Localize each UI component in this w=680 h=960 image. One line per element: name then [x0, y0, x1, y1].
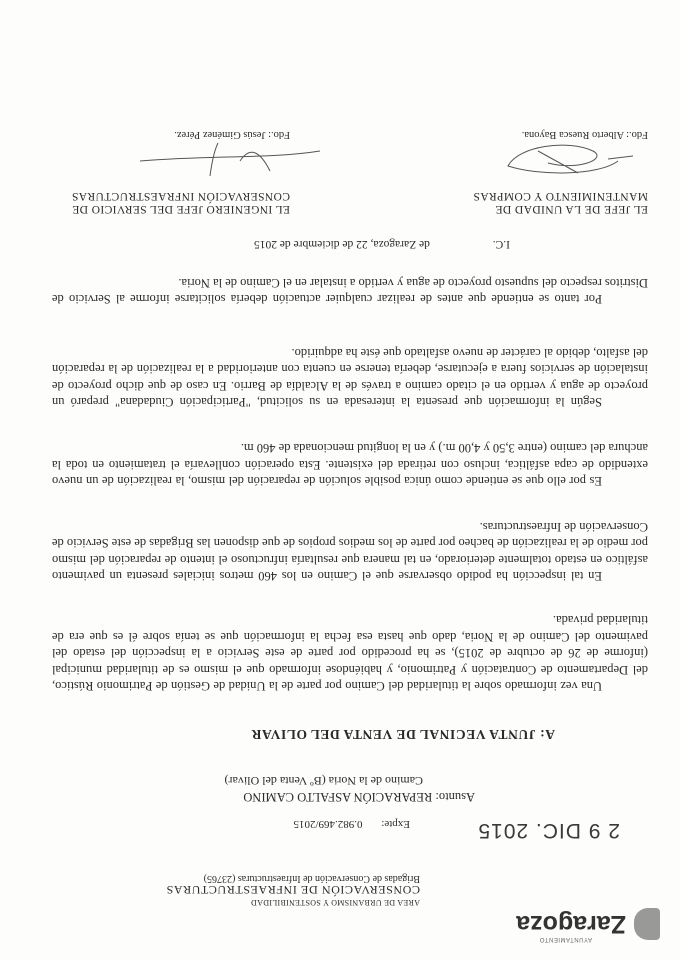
scanned-letter-page: AYUNTAMIENTO Zaragoza AREA DE URBANISMO … [0, 0, 680, 960]
signatory-title: MANTENIMIENTO Y COMPRAS [358, 189, 648, 202]
logo-subtext: AYUNTAMIENTO [539, 937, 592, 943]
date-text: de Zaragoza, 22 de diciembre de 2015 [254, 238, 430, 250]
signatory-title: EL JEFE DE LA UNIDAD DE [358, 202, 648, 215]
date-line: I.C. de Zaragoza, 22 de diciembre de 201… [254, 238, 510, 250]
body-paragraph: Una vez informado sobre la titularidad d… [52, 612, 648, 695]
department-unit: Brigadas de Conservación de Infraestruct… [80, 872, 420, 884]
subject-subtitle: Camino de la Noria (Bº Venta del Olivar) [225, 773, 475, 789]
date-reference: I.C. [493, 238, 510, 250]
signatory-title: EL INGENIERO JEFE DEL SERVICIO DE [30, 202, 290, 215]
signatory-title: CONSERVACIÓN INFRAESTRUCTURAS [30, 189, 290, 202]
handwritten-signature-icon [488, 137, 638, 181]
subject-title: REPARACIÓN ASFALTO CAMINO [243, 790, 432, 804]
signatory-name: Fdo.: Jesús Giménez Pérez. [30, 128, 290, 141]
signature-block-unit-head: EL JEFE DE LA UNIDAD DE MANTENIMIENTO Y … [358, 128, 648, 215]
file-number: Expte: 0.982.469/2015 [293, 818, 410, 830]
addressee: A: JUNTA VECINAL DE VENTA DEL OLIVAR [251, 726, 555, 742]
handwritten-signature-icon [130, 141, 330, 181]
department-header: AREA DE URBANISMO Y SOSTENIBILIDAD CONSE… [80, 872, 420, 908]
subject-label: Asunto: [435, 790, 475, 804]
city-emblem-icon [634, 908, 660, 940]
registry-date-stamp: 2 9 DIC. 2015 [477, 818, 620, 842]
zaragoza-logo: AYUNTAMIENTO Zaragoza [516, 908, 660, 940]
body-paragraph: En tal inspección ha podido observarse q… [52, 518, 648, 584]
signature-block-engineer: EL INGENIERO JEFE DEL SERVICIO DE CONSER… [30, 128, 290, 215]
body-paragraph: Por tanto se entiende que antes de reali… [52, 274, 648, 307]
department-name: CONSERVACIÓN DE INFRAESTRUCTURAS [80, 884, 420, 896]
body-paragraph: Es por ello que se entiende como única p… [52, 440, 648, 490]
file-number-value: 0.982.469/2015 [293, 818, 362, 830]
body-paragraph: Según la información que presenta la int… [52, 344, 648, 410]
logo-text: Zaragoza [516, 912, 626, 937]
department-area: AREA DE URBANISMO Y SOSTENIBILIDAD [80, 896, 420, 908]
subject-block: Asunto: REPARACIÓN ASFALTO CAMINO Camino… [225, 773, 475, 805]
file-number-label: Expte: [381, 818, 410, 830]
